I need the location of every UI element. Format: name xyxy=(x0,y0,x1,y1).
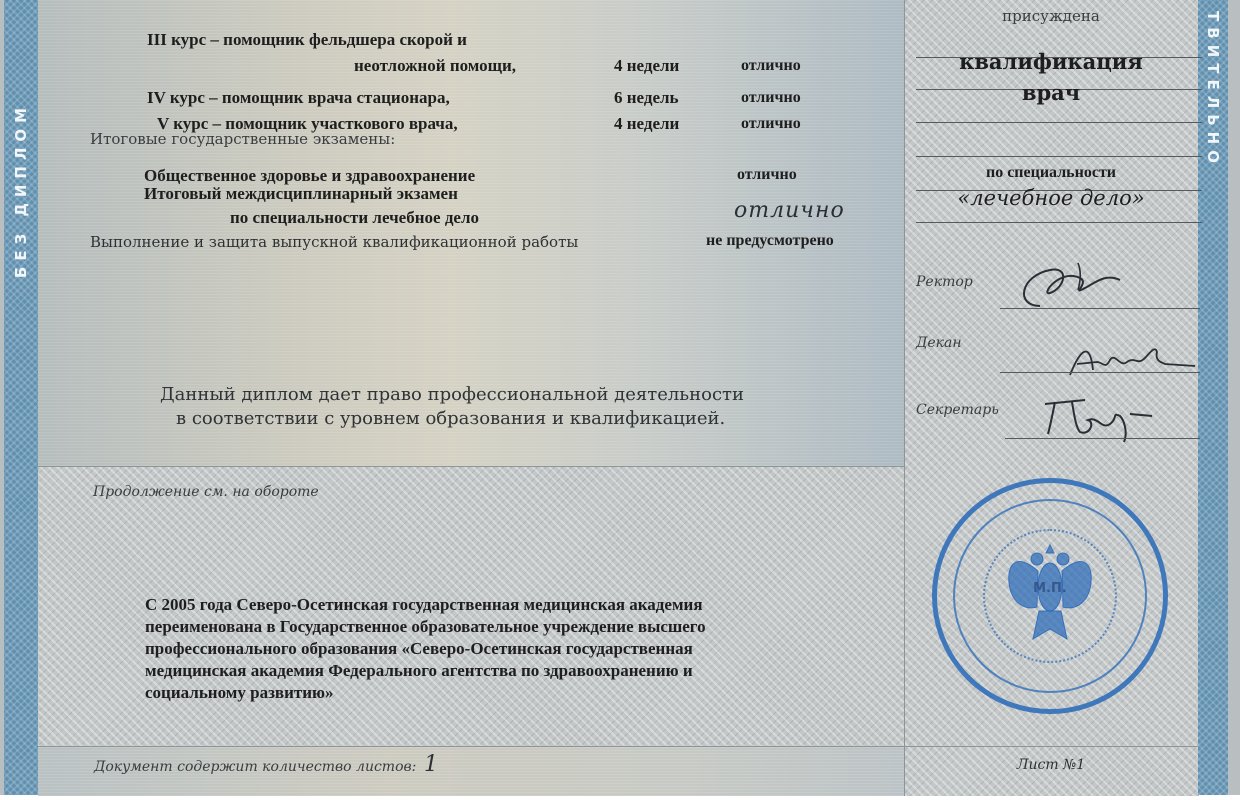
practice-3-duration: 4 недели xyxy=(614,56,679,76)
rule-line xyxy=(916,156,1202,157)
left-band-text: БЕЗ ДИПЛОМ xyxy=(12,102,30,278)
rule-line xyxy=(916,122,1202,123)
exams-heading: Итоговые государственные экзамены: xyxy=(90,130,395,148)
practice-3-line1: III курс – помощник фельдшера скорой и xyxy=(147,30,467,50)
rename-note-line: профессионального образования «Северо-Ос… xyxy=(145,638,706,660)
stamp-center-text: М.П. xyxy=(937,581,1163,596)
rights-statement-line2: в соответствии с уровнем образования и к… xyxy=(176,408,725,429)
sheet-count-label: Документ содержит количество листов: xyxy=(94,759,416,775)
exam-2-name-cont: по специальности лечебное дело xyxy=(230,208,479,228)
specialty-label: по специальности xyxy=(904,164,1198,182)
rights-statement-line1: Данный диплом дает право профессионально… xyxy=(160,384,744,405)
practice-3-line2: неотложной помощи, xyxy=(354,56,516,76)
right-security-band: ТВИТЕЛЬНО xyxy=(1198,0,1228,795)
qualification-title: квалификация xyxy=(904,49,1198,74)
exam-2-name: Итоговый междисциплинарный экзамен xyxy=(144,184,458,204)
practice-5-duration: 4 недели xyxy=(614,114,679,134)
thesis-label: Выполнение и защита выпускной квалификац… xyxy=(90,233,578,251)
rename-note-line: медицинская академия Федерального агентс… xyxy=(145,660,706,682)
sheet-number: Лист №1 xyxy=(904,757,1198,773)
dean-label: Декан xyxy=(916,335,962,351)
rector-label: Ректор xyxy=(916,274,973,290)
rector-signature-icon xyxy=(1010,258,1140,313)
rename-note-line: социальному развитию» xyxy=(145,682,706,704)
awarded-label: присуждена xyxy=(904,7,1198,25)
right-band-text: ТВИТЕЛЬНО xyxy=(1204,11,1222,169)
signature-line xyxy=(1000,372,1200,373)
practice-5-grade: отлично xyxy=(741,115,801,133)
practice-4-grade: отлично xyxy=(741,89,801,107)
exam-1-grade: отлично xyxy=(737,166,797,184)
eagle-emblem-icon xyxy=(937,483,1163,709)
signature-line xyxy=(1005,438,1200,439)
left-security-band: БЕЗ ДИПЛОМ xyxy=(4,0,38,795)
secretary-label: Секретарь xyxy=(916,402,999,418)
rename-note-line: С 2005 года Северо-Осетинская государств… xyxy=(145,594,706,616)
official-seal-stamp: М.П. xyxy=(932,478,1168,714)
section-divider xyxy=(38,466,904,467)
exam-2-grade-handwritten: отлично xyxy=(734,198,845,223)
sheet-count-value: 1 xyxy=(424,752,438,777)
rename-note: С 2005 года Северо-Осетинская государств… xyxy=(145,594,706,704)
thesis-value: не предусмотрено xyxy=(706,232,834,250)
practice-4-duration: 6 недель xyxy=(614,88,679,108)
diploma-supplement-page: БЕЗ ДИПЛОМ ТВИТЕЛЬНО III курс – помощник… xyxy=(0,0,1240,795)
rule-line xyxy=(916,222,1202,223)
signature-line xyxy=(1000,308,1200,309)
rename-note-line: переименована в Государственное образова… xyxy=(145,616,706,638)
practice-3-grade: отлично xyxy=(741,57,801,75)
continuation-note: Продолжение см. на обороте xyxy=(93,484,319,500)
dean-signature-icon xyxy=(1065,340,1200,380)
exam-1-name: Общественное здоровье и здравоохранение xyxy=(144,166,475,186)
practice-4-line1: IV курс – помощник врача стационара, xyxy=(147,88,450,108)
qualification-value: врач xyxy=(904,80,1198,105)
specialty-value: «лечебное дело» xyxy=(904,186,1198,210)
